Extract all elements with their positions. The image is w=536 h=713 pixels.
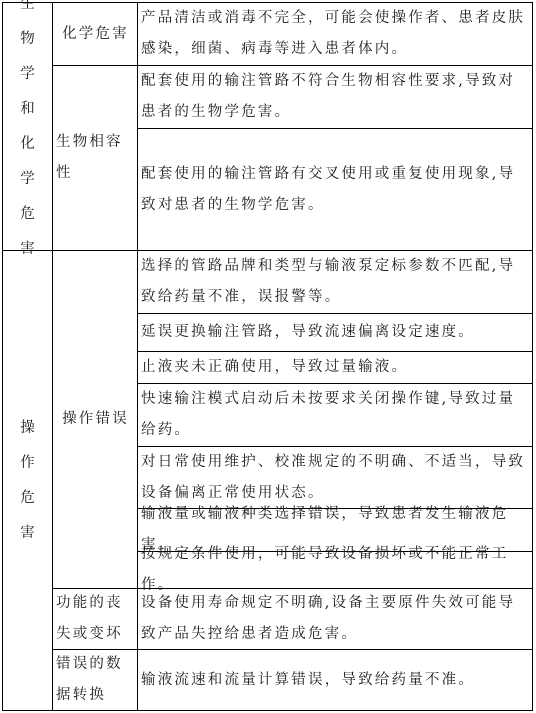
hazard-item-cell: 延误更换输注管路，导致流速偏离设定速度。 (137, 313, 533, 352)
hazard-item-cell: 配套使用的输注管路有交叉使用或重复使用现象,导致对患者的生物学危害。 (137, 128, 533, 251)
category-cell-operation: 操 作 危 害 (2, 250, 53, 711)
hazard-item-cell: 设备使用寿命规定不明确,设备主要原件失效可能导致产品失控给患者造成危害。 (137, 588, 533, 650)
hazard-item-cell: 选择的管路品牌和类型与输液泵定标参数不匹配,导致给药量不准，误报警等。 (137, 250, 533, 314)
subcategory-cell: 错误的数据转换 (52, 649, 138, 711)
subcategory-cell: 功能的丧失或变坏 (52, 588, 138, 650)
subcategory-cell: 生物相容性 (52, 65, 138, 251)
category-cell-bio-chem: 生 物 学 和 化 学 危 害 (2, 2, 53, 251)
category-label: 生 物 学 和 化 学 危 害 (20, 0, 35, 267)
category-label: 操 作 危 害 (20, 411, 35, 551)
subcategory-cell: 化学危害 (52, 2, 138, 66)
subcategory-cell: 操作错误 (52, 250, 138, 589)
hazard-item-cell: 产品清洁或消毒不完全，可能会使操作者、患者皮肤感染，细菌、病毒等进入患者体内。 (137, 2, 533, 66)
hazard-item-cell: 按规定条件使用，可能导致设备损坏或不能正常工作。 (137, 551, 533, 589)
hazard-item-cell: 输液流速和流量计算错误，导致给药量不准。 (137, 649, 533, 711)
hazard-item-cell: 配套使用的输注管路不符合生物相容性要求,导致对患者的生物学危害。 (137, 65, 533, 129)
hazard-table: 生 物 学 和 化 学 危 害 化学危害 产品清洁或消毒不完全，可能会使操作者、… (2, 2, 533, 711)
hazard-item-cell: 快速输注模式启动后未按要求关闭操作键,导致过量给药。 (137, 383, 533, 447)
hazard-item-cell: 止液夹未正确使用，导致过量输液。 (137, 351, 533, 384)
